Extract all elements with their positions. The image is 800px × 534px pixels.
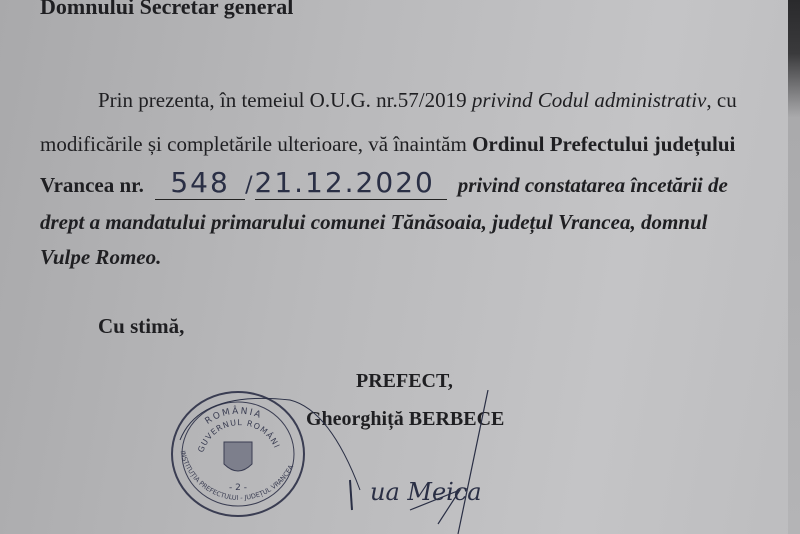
paragraph-line-3: Vrancea nr. 548/21.12.2020 privind const… (40, 166, 728, 200)
page-edge-shadow (788, 0, 800, 534)
separator: / (245, 173, 254, 198)
closing: Cu stimă, (98, 314, 184, 339)
order-number: 548 (155, 166, 245, 200)
text: Vrancea nr. (40, 173, 144, 197)
text: , cu (706, 88, 736, 112)
paragraph-line-1: Prin prezenta, în temeiul O.U.G. nr.57/2… (98, 88, 737, 113)
law-title: privind Codul administrativ (472, 88, 707, 112)
text: modificările și completările ulterioare,… (40, 132, 472, 156)
paragraph-line-2: modificările și completările ulterioare,… (40, 132, 735, 157)
paragraph-line-5: Vulpe Romeo. (40, 245, 161, 270)
signature-loop (160, 380, 400, 530)
text: privind constatarea încetării de (458, 173, 728, 197)
addressee: Domnului Secretar general (40, 0, 293, 20)
order-date: 21.12.2020 (255, 166, 447, 200)
order-title: Ordinul Prefectului județului (472, 132, 735, 156)
text: Prin prezenta, în temeiul O.U.G. nr.57/2… (98, 88, 472, 112)
paragraph-line-4: drept a mandatului primarului comunei Tă… (40, 210, 707, 235)
